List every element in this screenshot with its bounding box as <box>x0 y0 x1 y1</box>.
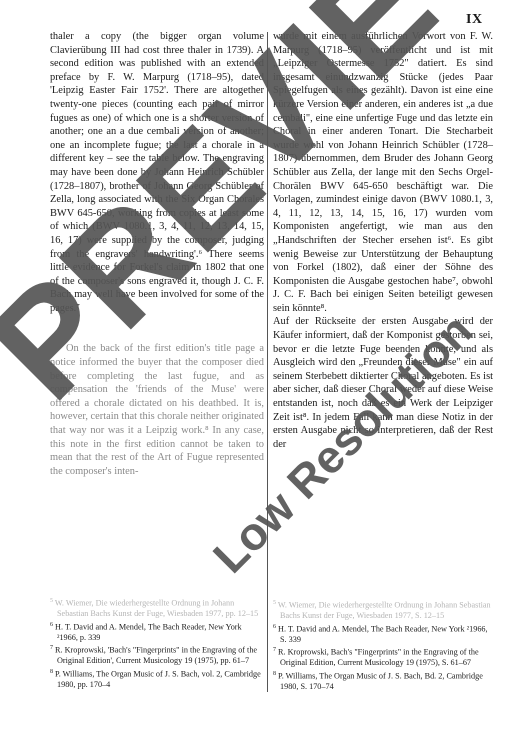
footnote: 8 P. Williams, The Organ Music of J. S. … <box>50 667 264 691</box>
footnote: 6 H. T. David and A. Mendel, The Bach Re… <box>50 620 264 644</box>
german-column: wurde mit einem ausführlichen Vorwort vo… <box>273 30 493 451</box>
footnote: 6 H. T. David and A. Mendel, The Bach Re… <box>273 622 493 646</box>
footnote: 7 R. Kroprowski, Bach's "Fingerprints" i… <box>273 645 493 669</box>
column-divider <box>267 32 268 692</box>
page-number: IX <box>466 12 483 28</box>
footnote: 5 W. Wiemer, Die wiederhergestellte Ordn… <box>273 598 493 622</box>
english-paragraph-2: On the back of the first edition's title… <box>50 342 264 478</box>
footnote: 8 P. Williams, The Organ Music of J. S. … <box>273 669 493 693</box>
footnote: 5 W. Wiemer, Die wiederhergestellte Ordn… <box>50 596 264 620</box>
footnote: 7 R. Kroprowski, 'Bach's "Fingerprints" … <box>50 643 264 667</box>
german-paragraph-1: wurde mit einem ausführlichen Vorwort vo… <box>273 30 493 315</box>
footnotes-german: 5 W. Wiemer, Die wiederhergestellte Ordn… <box>273 598 493 692</box>
english-paragraph-1: thaler a copy (the bigger organ volume C… <box>50 30 264 315</box>
english-column: thaler a copy (the bigger organ volume C… <box>50 30 264 478</box>
footnotes-english: 5 W. Wiemer, Die wiederhergestellte Ordn… <box>50 596 264 690</box>
german-paragraph-2: Auf der Rückseite der ersten Ausgabe wir… <box>273 315 493 451</box>
